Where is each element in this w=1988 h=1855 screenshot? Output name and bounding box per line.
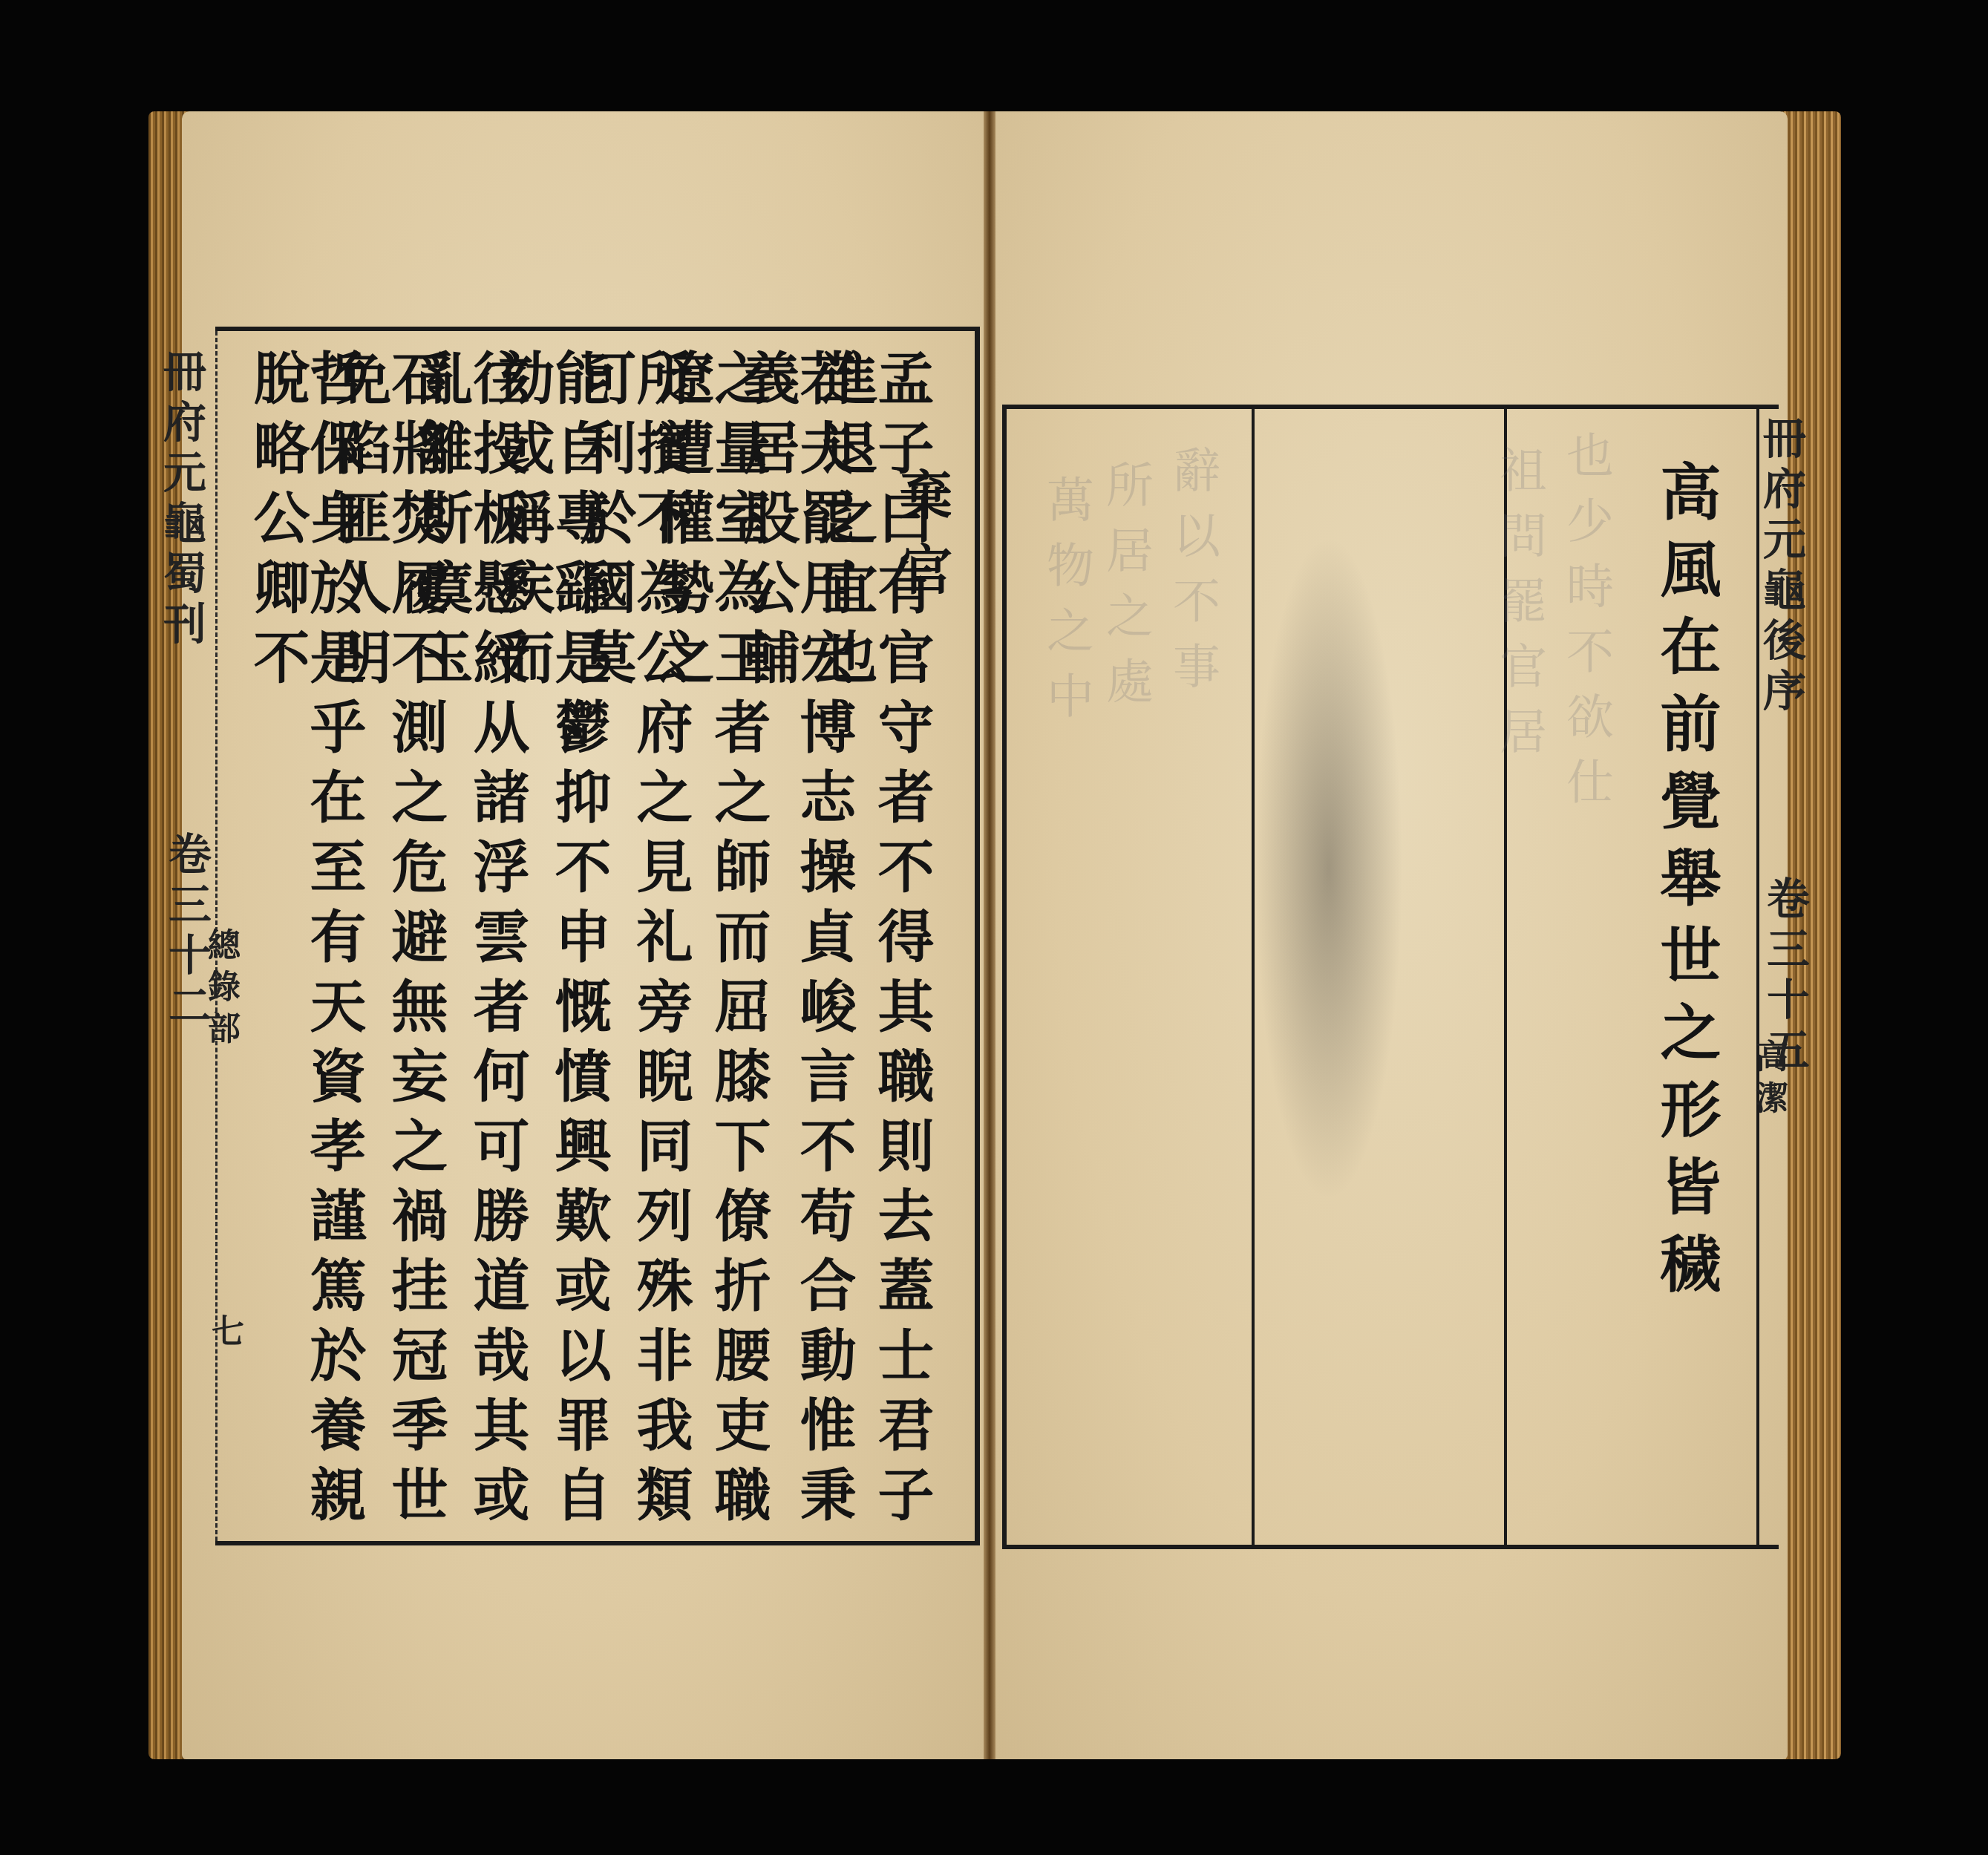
ghost-text-2: 祖問罷官居 bbox=[1485, 445, 1553, 772]
right-margin-title: 冊府元龜後序 bbox=[1759, 416, 1802, 719]
ghost-text-5: 萬物之中 bbox=[1032, 475, 1100, 736]
ink-smudge bbox=[1255, 534, 1403, 1203]
open-book: 冊府元龜蜀刊 卷三十二 總錄部 七 棄官 孟子曰有官守者不得其職則去蓋士君子進退… bbox=[0, 0, 1988, 1855]
frame-rule-right bbox=[975, 331, 980, 1541]
text-column-8: 哲保身於是乎在至有天資孝謹篤於養親脫略公卿不 bbox=[249, 349, 362, 1551]
right-page-text: 高風在前覺舉世之形皆穢 bbox=[1655, 460, 1716, 1309]
left-margin-title: 冊府元龜蜀刊 bbox=[160, 349, 203, 652]
left-margin-section: 總錄部 bbox=[204, 928, 237, 1053]
ghost-text-4: 所居之處 bbox=[1091, 460, 1160, 722]
ghost-text-1: 也少時不欲仕 bbox=[1552, 431, 1620, 822]
left-margin-page-number: 七 bbox=[208, 1314, 241, 1355]
ghost-text-3: 辭以不事 bbox=[1158, 445, 1226, 707]
book-gutter bbox=[984, 111, 995, 1759]
right-margin-section: 高潔 bbox=[1752, 1039, 1785, 1122]
